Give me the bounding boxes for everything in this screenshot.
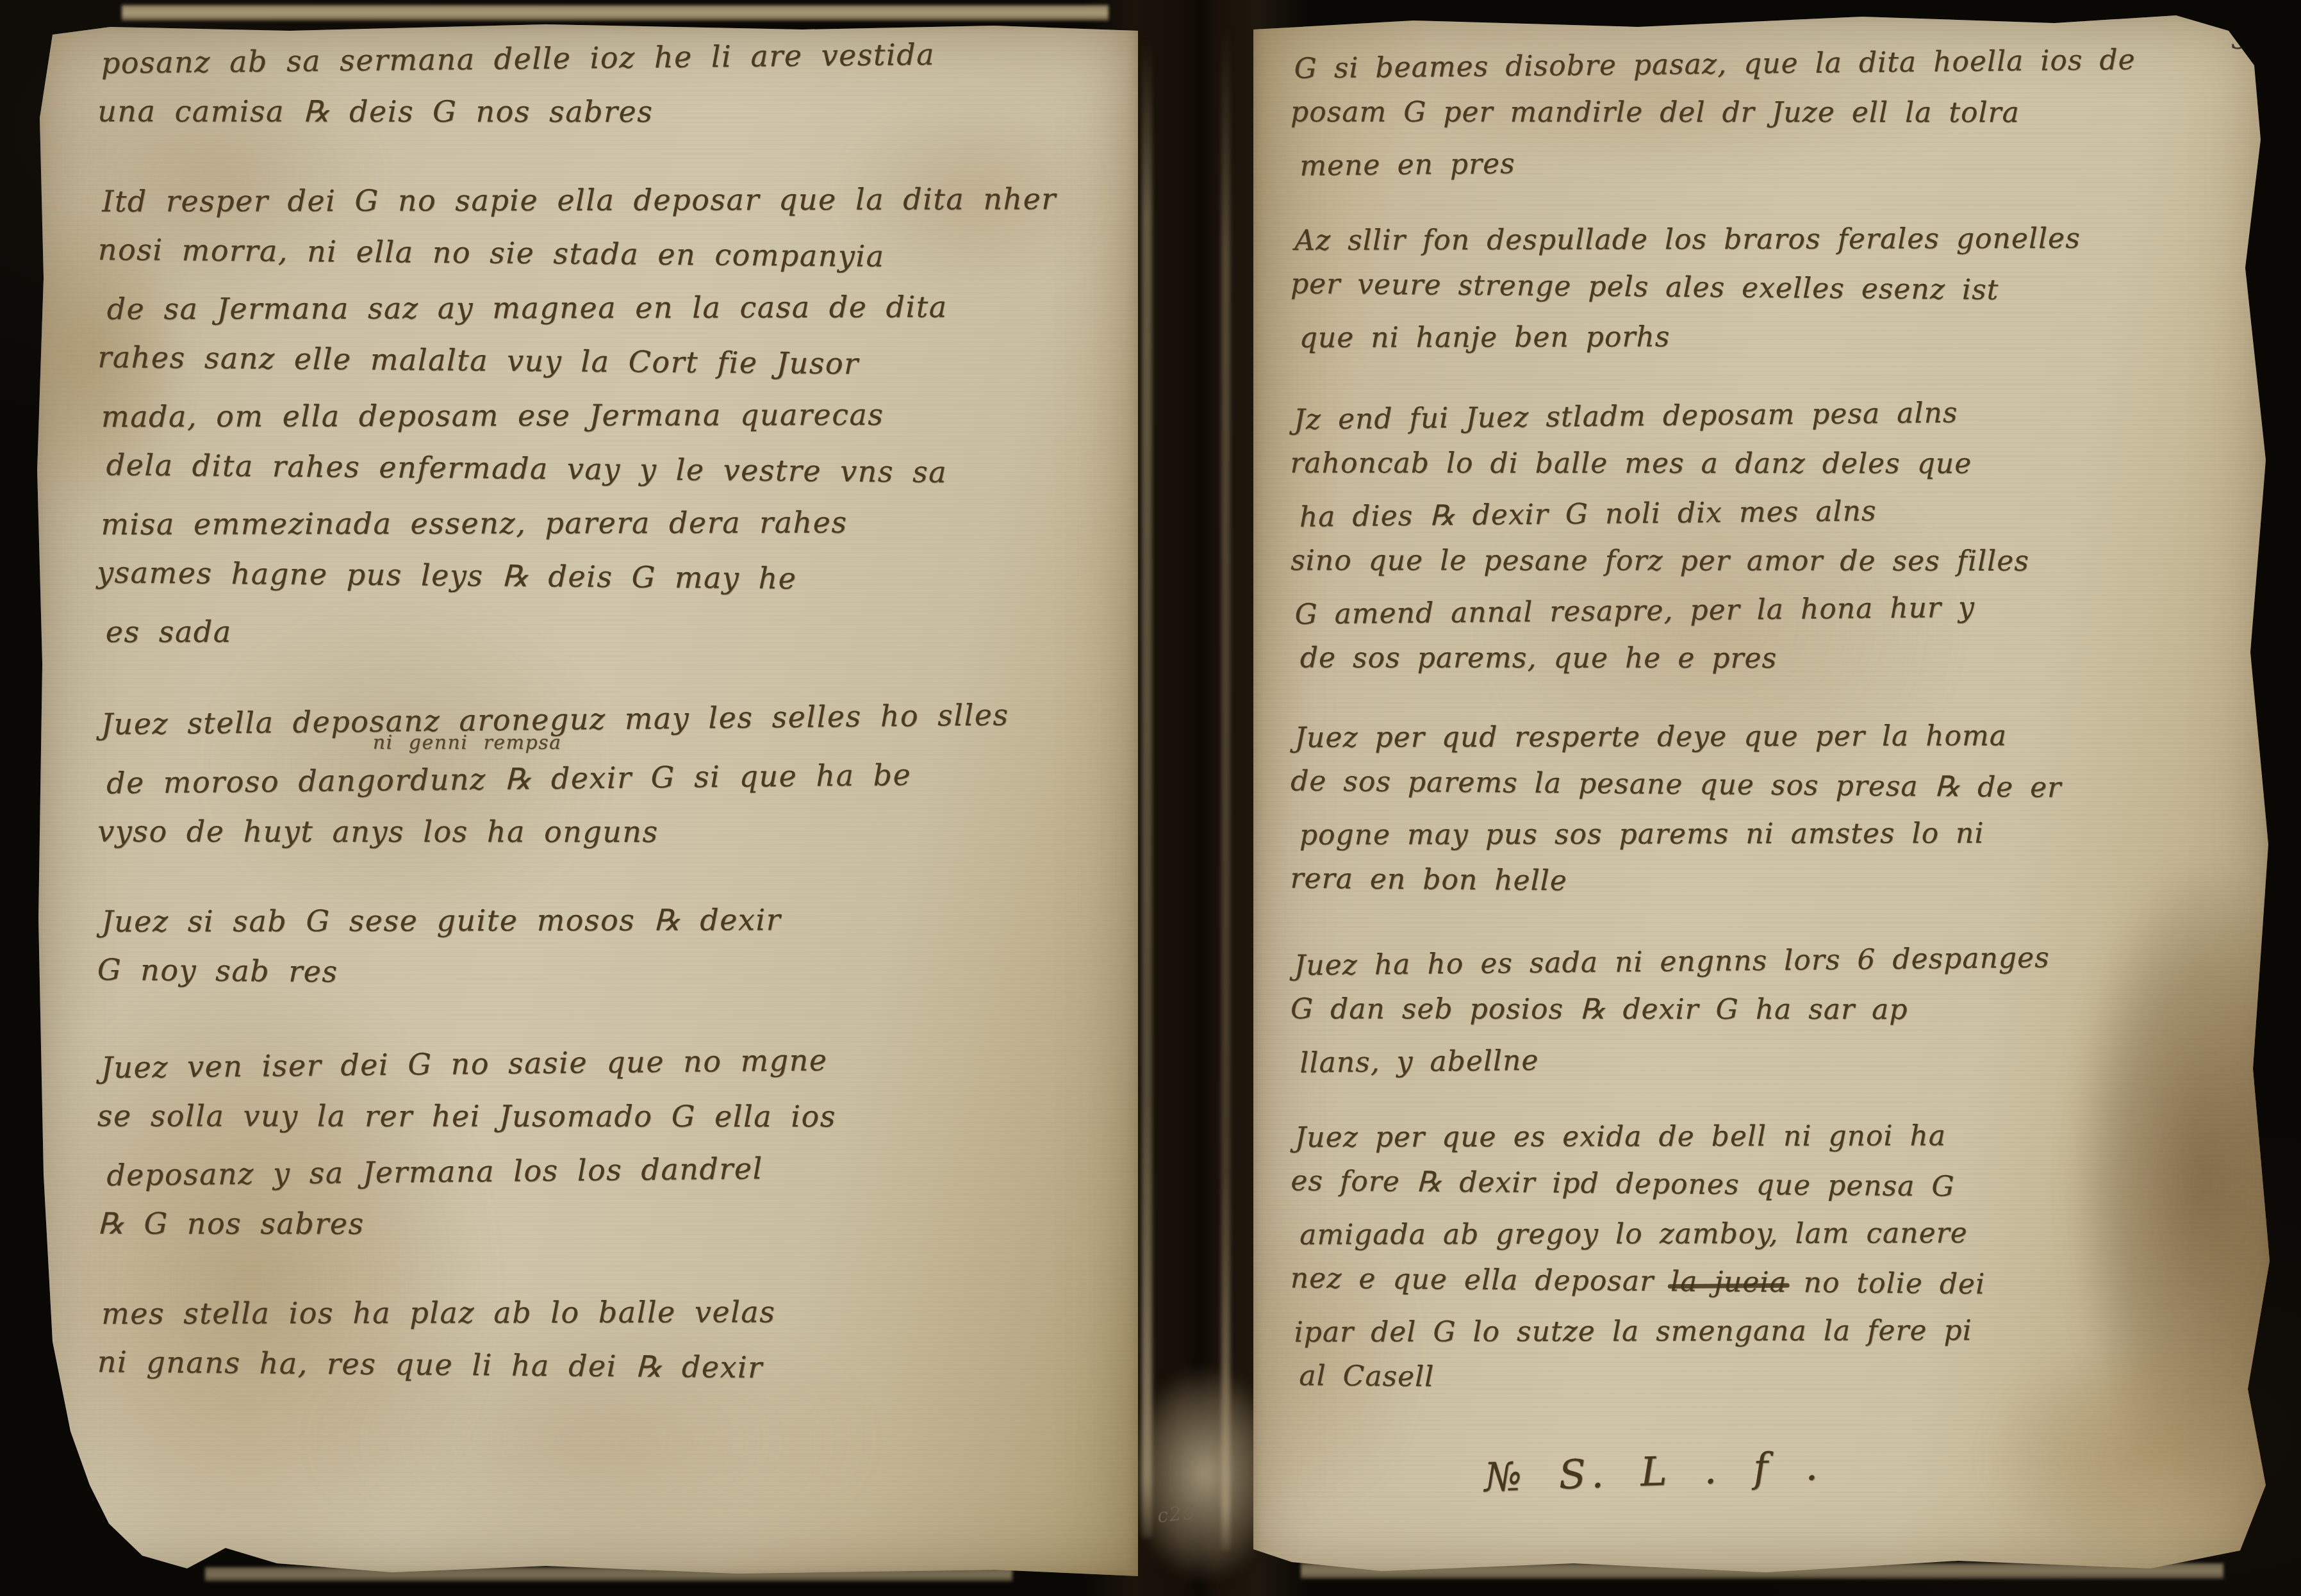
manuscript-line: Itd resper dei G no sapie ella deposar q… [102,172,1110,228]
manuscript-line: de moroso dangordunz ℞ dexir G si que ha… [106,746,1110,810]
notary-mark: № S. L . f . [1483,1442,1825,1501]
manuscript-line: ℞ G nos sabres [98,1196,1110,1251]
manuscript-paragraph: Juez ha ho es sada ni engnns lors 6 desp… [1291,935,2239,1085]
manuscript-line: Juez ven iser dei G no sasie que no mgne [101,1030,1110,1094]
manuscript-line: rahoncab lo di balle mes a danz deles qu… [1290,439,2238,488]
manuscript-line: posanz ab sa sermana delle ioz he li are… [101,26,1110,90]
gutter-pencil-mark: c25 [1156,1501,1197,1527]
manuscript-paragraph: posanz ab sa sermana delle ioz he li are… [97,29,1110,141]
manuscript-line: Az sllir fon despullade los braros feral… [1294,214,2239,265]
right-page: 3 G si beames disobre pasaz, que la dita… [1253,12,2272,1576]
manuscript-photo: posanz ab sa sermana delle ioz he li are… [0,0,2301,1596]
manuscript-line: posam G per mandirle del dr Juze ell la … [1291,88,2239,137]
manuscript-line: mes stella ios ha plaz ab lo balle velas [101,1284,1110,1340]
manuscript-line: Juez per que es exida de bell ni gnoi ha [1295,1111,2239,1162]
manuscript-line: amigada ab gregoy lo zamboy, lam canere [1299,1208,2239,1260]
manuscript-line: dela dita rahes enfermada vay y le vestr… [106,438,1110,500]
manuscript-line: per veure strenge pels ales exelles esen… [1291,260,2239,317]
manuscript-line: mene en pres [1299,132,2239,190]
right-page-text: G si beames disobre pasaz, que la dita h… [1291,40,2239,1434]
manuscript-paragraph: mes stella ios ha plaz ab lo balle velas… [97,1283,1110,1395]
manuscript-line: G dan seb posios ℞ dexir G ha sar ap [1291,985,2239,1034]
manuscript-paragraph: Juez per qud resperte deye que per la ho… [1290,711,2239,909]
manuscript-line: vyso de huyt anys los ha onguns [97,804,1110,859]
manuscript-paragraph: Itd resper dei G no sapie ella deposar q… [97,171,1111,659]
manuscript-line: deposanz y sa Jermana los los dandrel [106,1138,1110,1202]
left-page-text: posanz ab sa sermana delle ioz he li are… [97,31,1110,1427]
manuscript-line: misa emmezinada essenz, parera dera rahe… [101,495,1109,551]
manuscript-line: es fore ℞ dexir ipd depones que pensa G [1291,1157,2239,1214]
manuscript-line: al Casell [1299,1352,2239,1409]
manuscript-line: Juez si sab G sese guite mosos ℞ dexir [101,892,1110,948]
manuscript-paragraph: Jz end fui Juez stladm deposam pesa alns… [1290,389,2239,685]
folio-edge-top [122,5,1109,21]
manuscript-line: mada, om ella deposam ese Jermana quarec… [101,387,1110,443]
manuscript-line: una camisa ℞ deis G nos sabres [97,84,1110,138]
manuscript-line: G si beames disobre pasaz, que la dita h… [1294,35,2239,93]
manuscript-line: llans, y abellne [1299,1029,2239,1087]
manuscript-line: nez e que ella deposar la jueia no tolie… [1291,1255,2239,1312]
manuscript-line: Juez per qud resperte deye que per la ho… [1294,711,2239,762]
manuscript-paragraph: Az sllir fon despullade los braros feral… [1291,213,2239,363]
manuscript-line: sino que le pesane forz per amor de ses … [1291,536,2239,586]
manuscript-line: nosi morra, ni ella no sie stada en comp… [98,222,1111,285]
left-page: posanz ab sa sermana delle ioz he li are… [33,23,1138,1576]
manuscript-line: pogne may pus sos parems ni amstes lo ni [1299,809,2239,860]
manuscript-line: ni gnans ha, res que li ha dei ℞ dexir [97,1335,1110,1397]
manuscript-line: ipar del G lo sutze la smengana la fere … [1294,1306,2239,1357]
manuscript-line: de sos parems, que he e pres [1300,634,2239,683]
left-page-inner-edge [1142,38,1152,1538]
manuscript-line: ysames hagne pus leys ℞ deis G may he [97,545,1110,608]
manuscript-line: que ni hanje ben porhs [1299,311,2239,363]
manuscript-line: rahes sanz elle malalta vuy la Cort fie … [97,330,1110,393]
manuscript-line: de sa Jermana saz ay magnea en la casa d… [106,279,1110,336]
manuscript-paragraph: Juez ven iser dei G no sasie que no mgne… [97,1033,1110,1253]
manuscript-line: es sada [106,602,1109,659]
manuscript-line: G noy sab res [97,942,1110,1005]
manuscript-line: rera en bon helle [1290,855,2239,912]
manuscript-line: se solla vuy la rer hei Jusomado G ella … [97,1089,1110,1143]
manuscript-line: de sos parems la pesane que sos presa ℞ … [1291,757,2239,814]
manuscript-line: Juez ha ho es sada ni engnns lors 6 desp… [1294,932,2239,990]
manuscript-paragraph: Juez stella deposanz aroneguz may les se… [97,690,1110,861]
manuscript-line: G amend annal resapre, per la hona hur y [1294,580,2239,639]
manuscript-paragraph: Juez si sab G sese guite mosos ℞ dexirG … [97,891,1110,1003]
manuscript-paragraph: G si beames disobre pasaz, que la dita h… [1291,38,2239,188]
strikethrough-text: la jueia [1670,1265,1787,1299]
manuscript-paragraph: Juez per que es exida de bell ni gnoi ha… [1290,1110,2239,1406]
manuscript-line: Jz end fui Juez stladm deposam pesa alns [1294,386,2239,444]
manuscript-line: ha dies ℞ dexir G noli dix mes alns [1299,483,2239,541]
right-page-inner-edge [1221,26,1230,1551]
